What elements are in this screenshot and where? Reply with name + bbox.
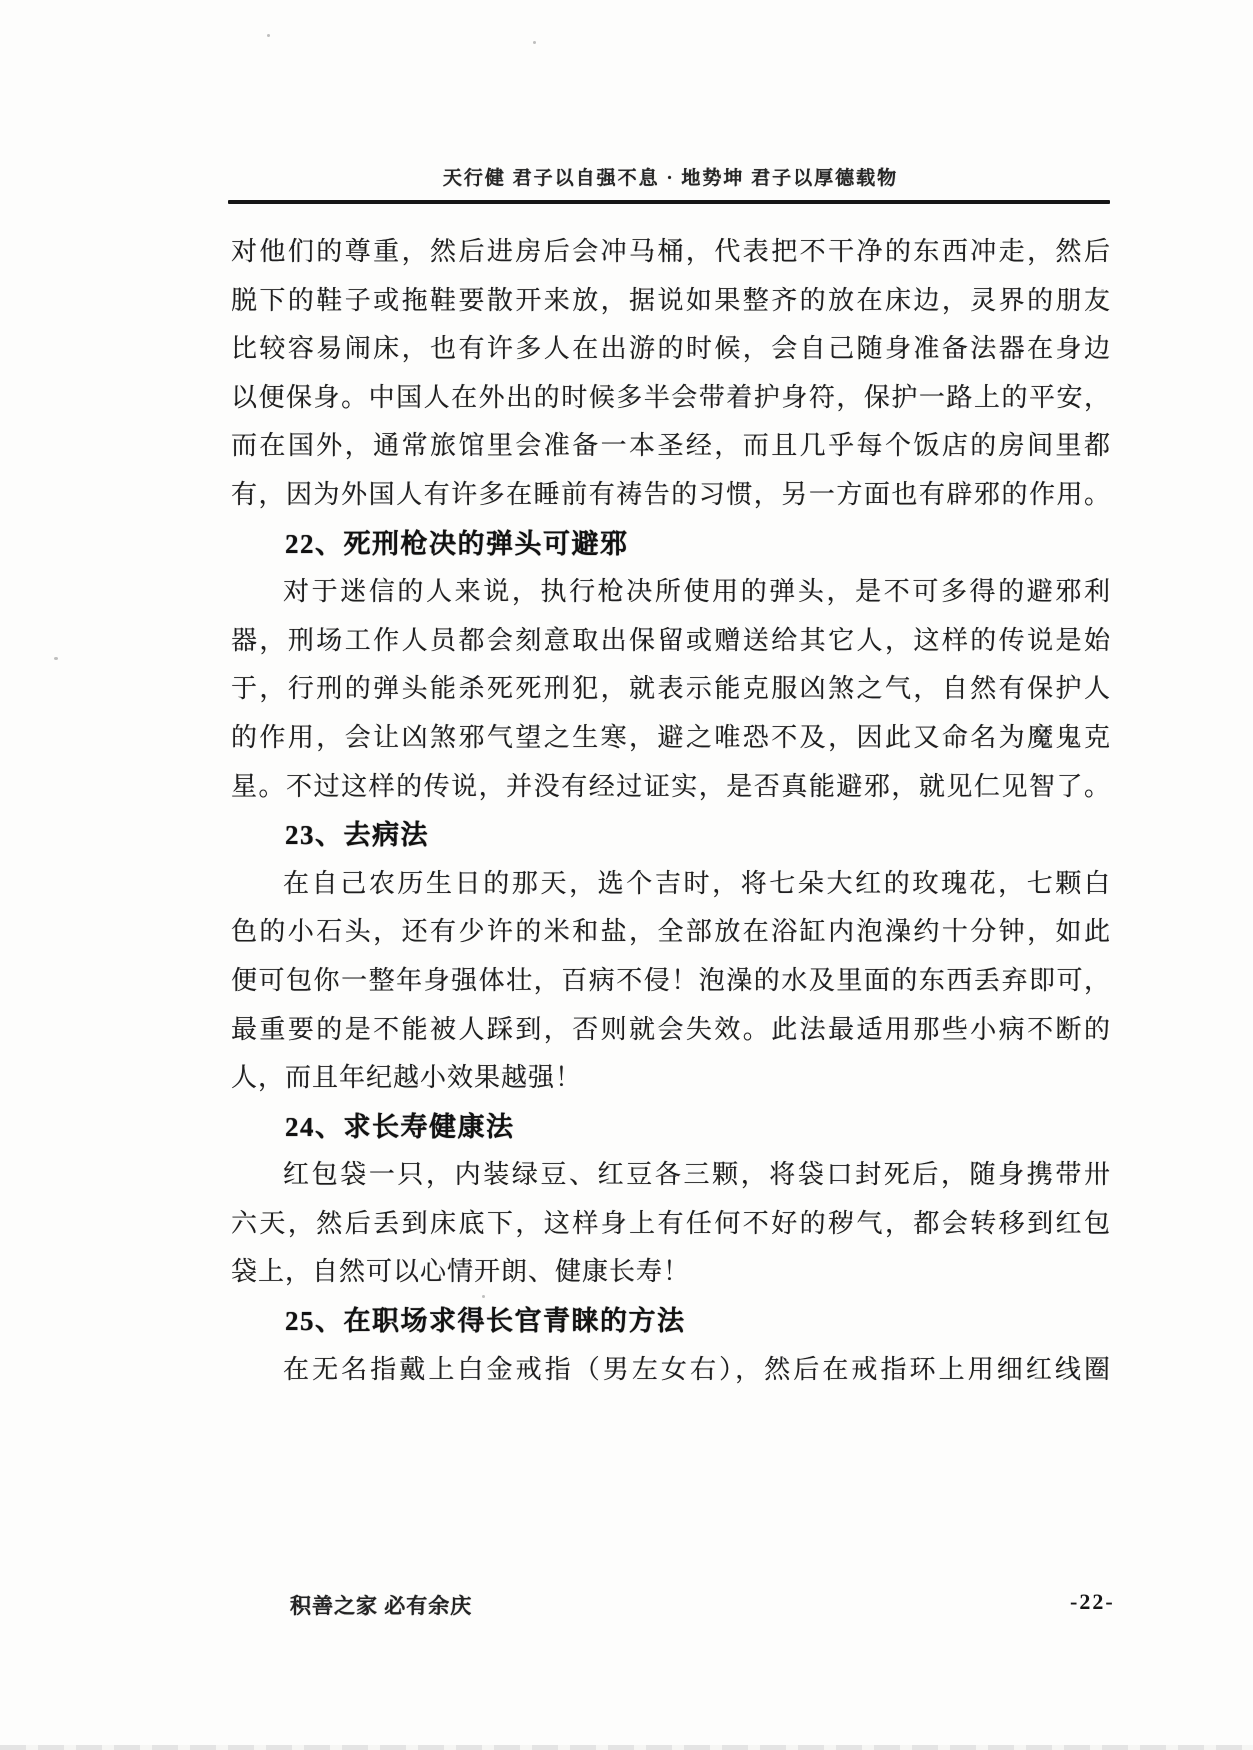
text-line: 星。不过这样的传说，并没有经过证实，是否真能避邪，就见仁见智了。 <box>231 763 1110 812</box>
text-line: 于，行刑的弹头能杀死死刑犯，就表示能克服凶煞之气，自然有保护人 <box>231 665 1110 714</box>
text-line: 比较容易闹床，也有许多人在出游的时候，会自己随身准备法器在身边 <box>231 325 1110 374</box>
text-column: 对他们的尊重，然后进房后会冲马桶，代表把不干净的东西冲走，然后脱下的鞋子或拖鞋要… <box>231 228 1110 1394</box>
scan-speckle <box>267 34 270 37</box>
text-line: 对于迷信的人来说，执行枪决所使用的弹头，是不可多得的避邪利 <box>231 568 1110 617</box>
text-line: 最重要的是不能被人踩到，否则就会失效。此法最适用那些小病不断的 <box>231 1006 1110 1055</box>
header-motto: 天行健 君子以自强不息 · 地势坤 君子以厚德载物 <box>231 163 1110 190</box>
section-heading: 23、去病法 <box>231 811 1110 860</box>
bottom-scan-edge <box>0 1745 1253 1750</box>
section-heading: 24、求长寿健康法 <box>231 1103 1110 1152</box>
text-line: 器，刑场工作人员都会刻意取出保留或赠送给其它人，这样的传说是始 <box>231 617 1110 666</box>
footer-motto: 积善之家 必有余庆 <box>290 1590 472 1620</box>
text-line: 而在国外，通常旅馆里会准备一本圣经，而且几乎每个饭店的房间里都 <box>231 422 1110 471</box>
scan-speckle <box>1101 289 1104 292</box>
text-line: 便可包你一整年身强体壮，百病不侵！泡澡的水及里面的东西丢弃即可， <box>231 957 1110 1006</box>
scanned-book-page: 天行健 君子以自强不息 · 地势坤 君子以厚德载物 对他们的尊重，然后进房后会冲… <box>0 0 1253 1750</box>
text-line: 有，因为外国人有许多在睡前有祷告的习惯，另一方面也有辟邪的作用。 <box>231 471 1110 520</box>
section-heading: 22、死刑枪决的弹头可避邪 <box>231 520 1110 569</box>
scan-speckle <box>54 657 58 660</box>
scan-speckle <box>482 1295 485 1298</box>
text-line: 在无名指戴上白金戒指（男左女右），然后在戒指环上用细红线圈 <box>231 1346 1110 1395</box>
text-line: 红包袋一只，内装绿豆、红豆各三颗，将袋口封死后，随身携带卅 <box>231 1151 1110 1200</box>
section-heading: 25、在职场求得长官青睐的方法 <box>231 1297 1110 1346</box>
header-rule <box>228 200 1110 204</box>
text-line: 脱下的鞋子或拖鞋要散开来放，据说如果整齐的放在床边，灵界的朋友 <box>231 277 1110 326</box>
text-line: 色的小石头，还有少许的米和盐，全部放在浴缸内泡澡约十分钟，如此 <box>231 908 1110 957</box>
text-line: 以便保身。中国人在外出的时候多半会带着护身符，保护一路上的平安， <box>231 374 1110 423</box>
text-line: 六天，然后丢到床底下，这样身上有任何不好的秽气，都会转移到红包 <box>231 1200 1110 1249</box>
text-line: 在自己农历生日的那天，选个吉时，将七朵大红的玫瑰花，七颗白 <box>231 860 1110 909</box>
scan-speckle <box>533 41 536 44</box>
text-line: 人，而且年纪越小效果越强！ <box>231 1054 1110 1103</box>
text-line: 对他们的尊重，然后进房后会冲马桶，代表把不干净的东西冲走，然后 <box>231 228 1110 277</box>
page-number: -22- <box>1070 1589 1115 1615</box>
text-line: 的作用，会让凶煞邪气望之生寒，避之唯恐不及，因此又命名为魔鬼克 <box>231 714 1110 763</box>
text-line: 袋上，自然可以心情开朗、健康长寿！ <box>231 1248 1110 1297</box>
